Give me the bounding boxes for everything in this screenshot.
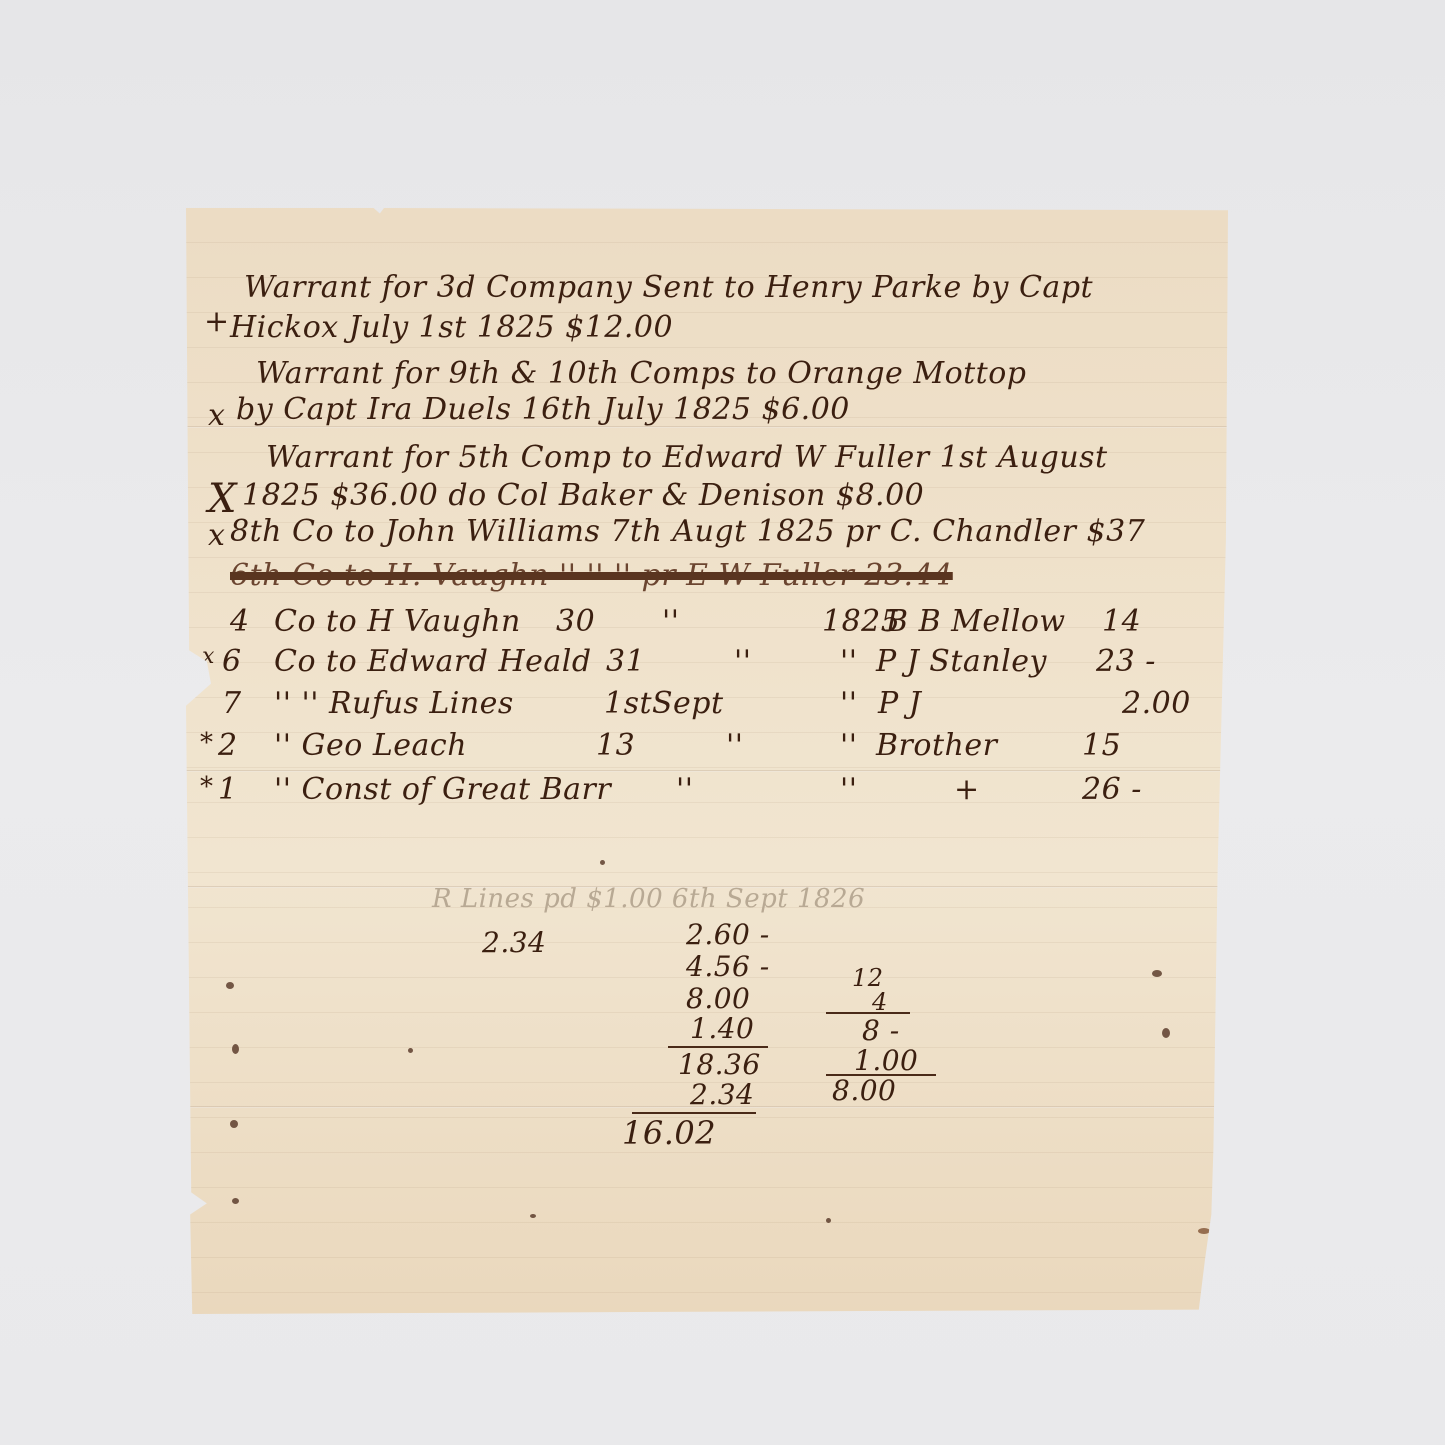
amount: 23 - xyxy=(1096,644,1156,679)
calc-right-result: 8.00 xyxy=(832,1074,896,1107)
calc-subtotal: 18.36 xyxy=(678,1048,761,1081)
ink-spot xyxy=(530,1214,536,1218)
calc-left-value: 2.34 xyxy=(482,926,546,959)
paid-by: Brother xyxy=(876,728,997,763)
ink-spot xyxy=(1152,970,1162,977)
month: '' xyxy=(734,644,752,679)
paid-by: P J Stanley xyxy=(876,644,1047,679)
company-number: 1 xyxy=(218,772,238,807)
ink-spot xyxy=(826,1218,831,1223)
tick-mark: + xyxy=(204,304,230,339)
paid-by: + xyxy=(954,772,980,807)
ink-spot xyxy=(226,982,234,989)
year: '' xyxy=(840,644,858,679)
entry-1-line-1: Warrant for 3d Company Sent to Henry Par… xyxy=(244,270,1093,305)
paid-by: P J xyxy=(878,686,921,721)
day: 30 xyxy=(556,604,595,639)
company-number: 2 xyxy=(218,728,238,763)
entry-2-line-1: Warrant for 9th & 10th Comps to Orange M… xyxy=(256,356,1027,391)
amount: 26 - xyxy=(1082,772,1142,807)
struck-entry: 6th Co to H. Vaughn '' '' '' pr E W Full… xyxy=(230,558,953,593)
ink-spot xyxy=(408,1048,413,1053)
recipient: '' Const of Great Barr xyxy=(274,772,611,807)
amount: 14 xyxy=(1102,604,1141,639)
recipient: Co to Edward Heald xyxy=(274,644,592,679)
tick-mark: x xyxy=(202,644,215,669)
calc-item: 1.40 xyxy=(690,1012,754,1045)
tick-mark: x xyxy=(208,518,225,553)
company-number: 6 xyxy=(222,644,242,679)
pencil-note: R Lines pd $1.00 6th Sept 1826 xyxy=(432,884,865,914)
month: '' xyxy=(662,604,680,639)
recipient: '' Geo Leach xyxy=(274,728,467,763)
ink-spot xyxy=(1162,1028,1170,1038)
calc-subtract: 2.34 xyxy=(690,1078,754,1111)
ink-spot xyxy=(232,1198,239,1204)
company-number: 4 xyxy=(230,604,250,639)
ink-spot xyxy=(232,1044,239,1054)
entry-2-line-2: by Capt Ira Duels 16th July 1825 $6.00 xyxy=(236,392,850,427)
recipient: '' '' Rufus Lines xyxy=(274,686,514,721)
day: 13 xyxy=(596,728,635,763)
amount: 15 xyxy=(1082,728,1121,763)
company-number: 7 xyxy=(222,686,242,721)
amount: 2.00 xyxy=(1122,686,1191,721)
tick-mark: * xyxy=(200,772,214,802)
year: '' xyxy=(840,728,858,763)
day: '' xyxy=(676,772,694,807)
entry-1-line-2: Hickox July 1st 1825 $12.00 xyxy=(230,310,673,345)
year: '' xyxy=(840,772,858,807)
ink-spot xyxy=(230,1120,238,1128)
day: 1st xyxy=(604,686,652,721)
year: '' xyxy=(840,686,858,721)
day: 31 xyxy=(606,644,645,679)
entry-3-line-2: 1825 $36.00 do Col Baker & Denison $8.00 xyxy=(242,478,924,513)
ledger-paper: + Warrant for 3d Company Sent to Henry P… xyxy=(186,208,1228,1314)
tick-mark: * xyxy=(200,728,214,758)
entry-4-line-1: 8th Co to John Williams 7th Augt 1825 pr… xyxy=(230,514,1145,549)
recipient: Co to H Vaughn xyxy=(274,604,521,639)
month: Sept xyxy=(652,686,724,721)
tick-mark: x xyxy=(208,398,225,433)
calc-item: 2.60 - xyxy=(686,918,770,951)
calc-right-item: 8 - xyxy=(862,1014,900,1047)
calc-item: 8.00 xyxy=(686,982,750,1015)
calc-item: 4.56 - xyxy=(686,950,770,983)
entry-3-line-1: Warrant for 5th Comp to Edward W Fuller … xyxy=(266,440,1108,475)
paid-by: B B Mellow xyxy=(886,604,1066,639)
month: '' xyxy=(726,728,744,763)
calc-total: 16.02 xyxy=(622,1114,716,1152)
ink-spot xyxy=(1198,1228,1210,1234)
ink-spot xyxy=(600,860,605,865)
calc-right-item: 1.00 xyxy=(854,1044,918,1077)
